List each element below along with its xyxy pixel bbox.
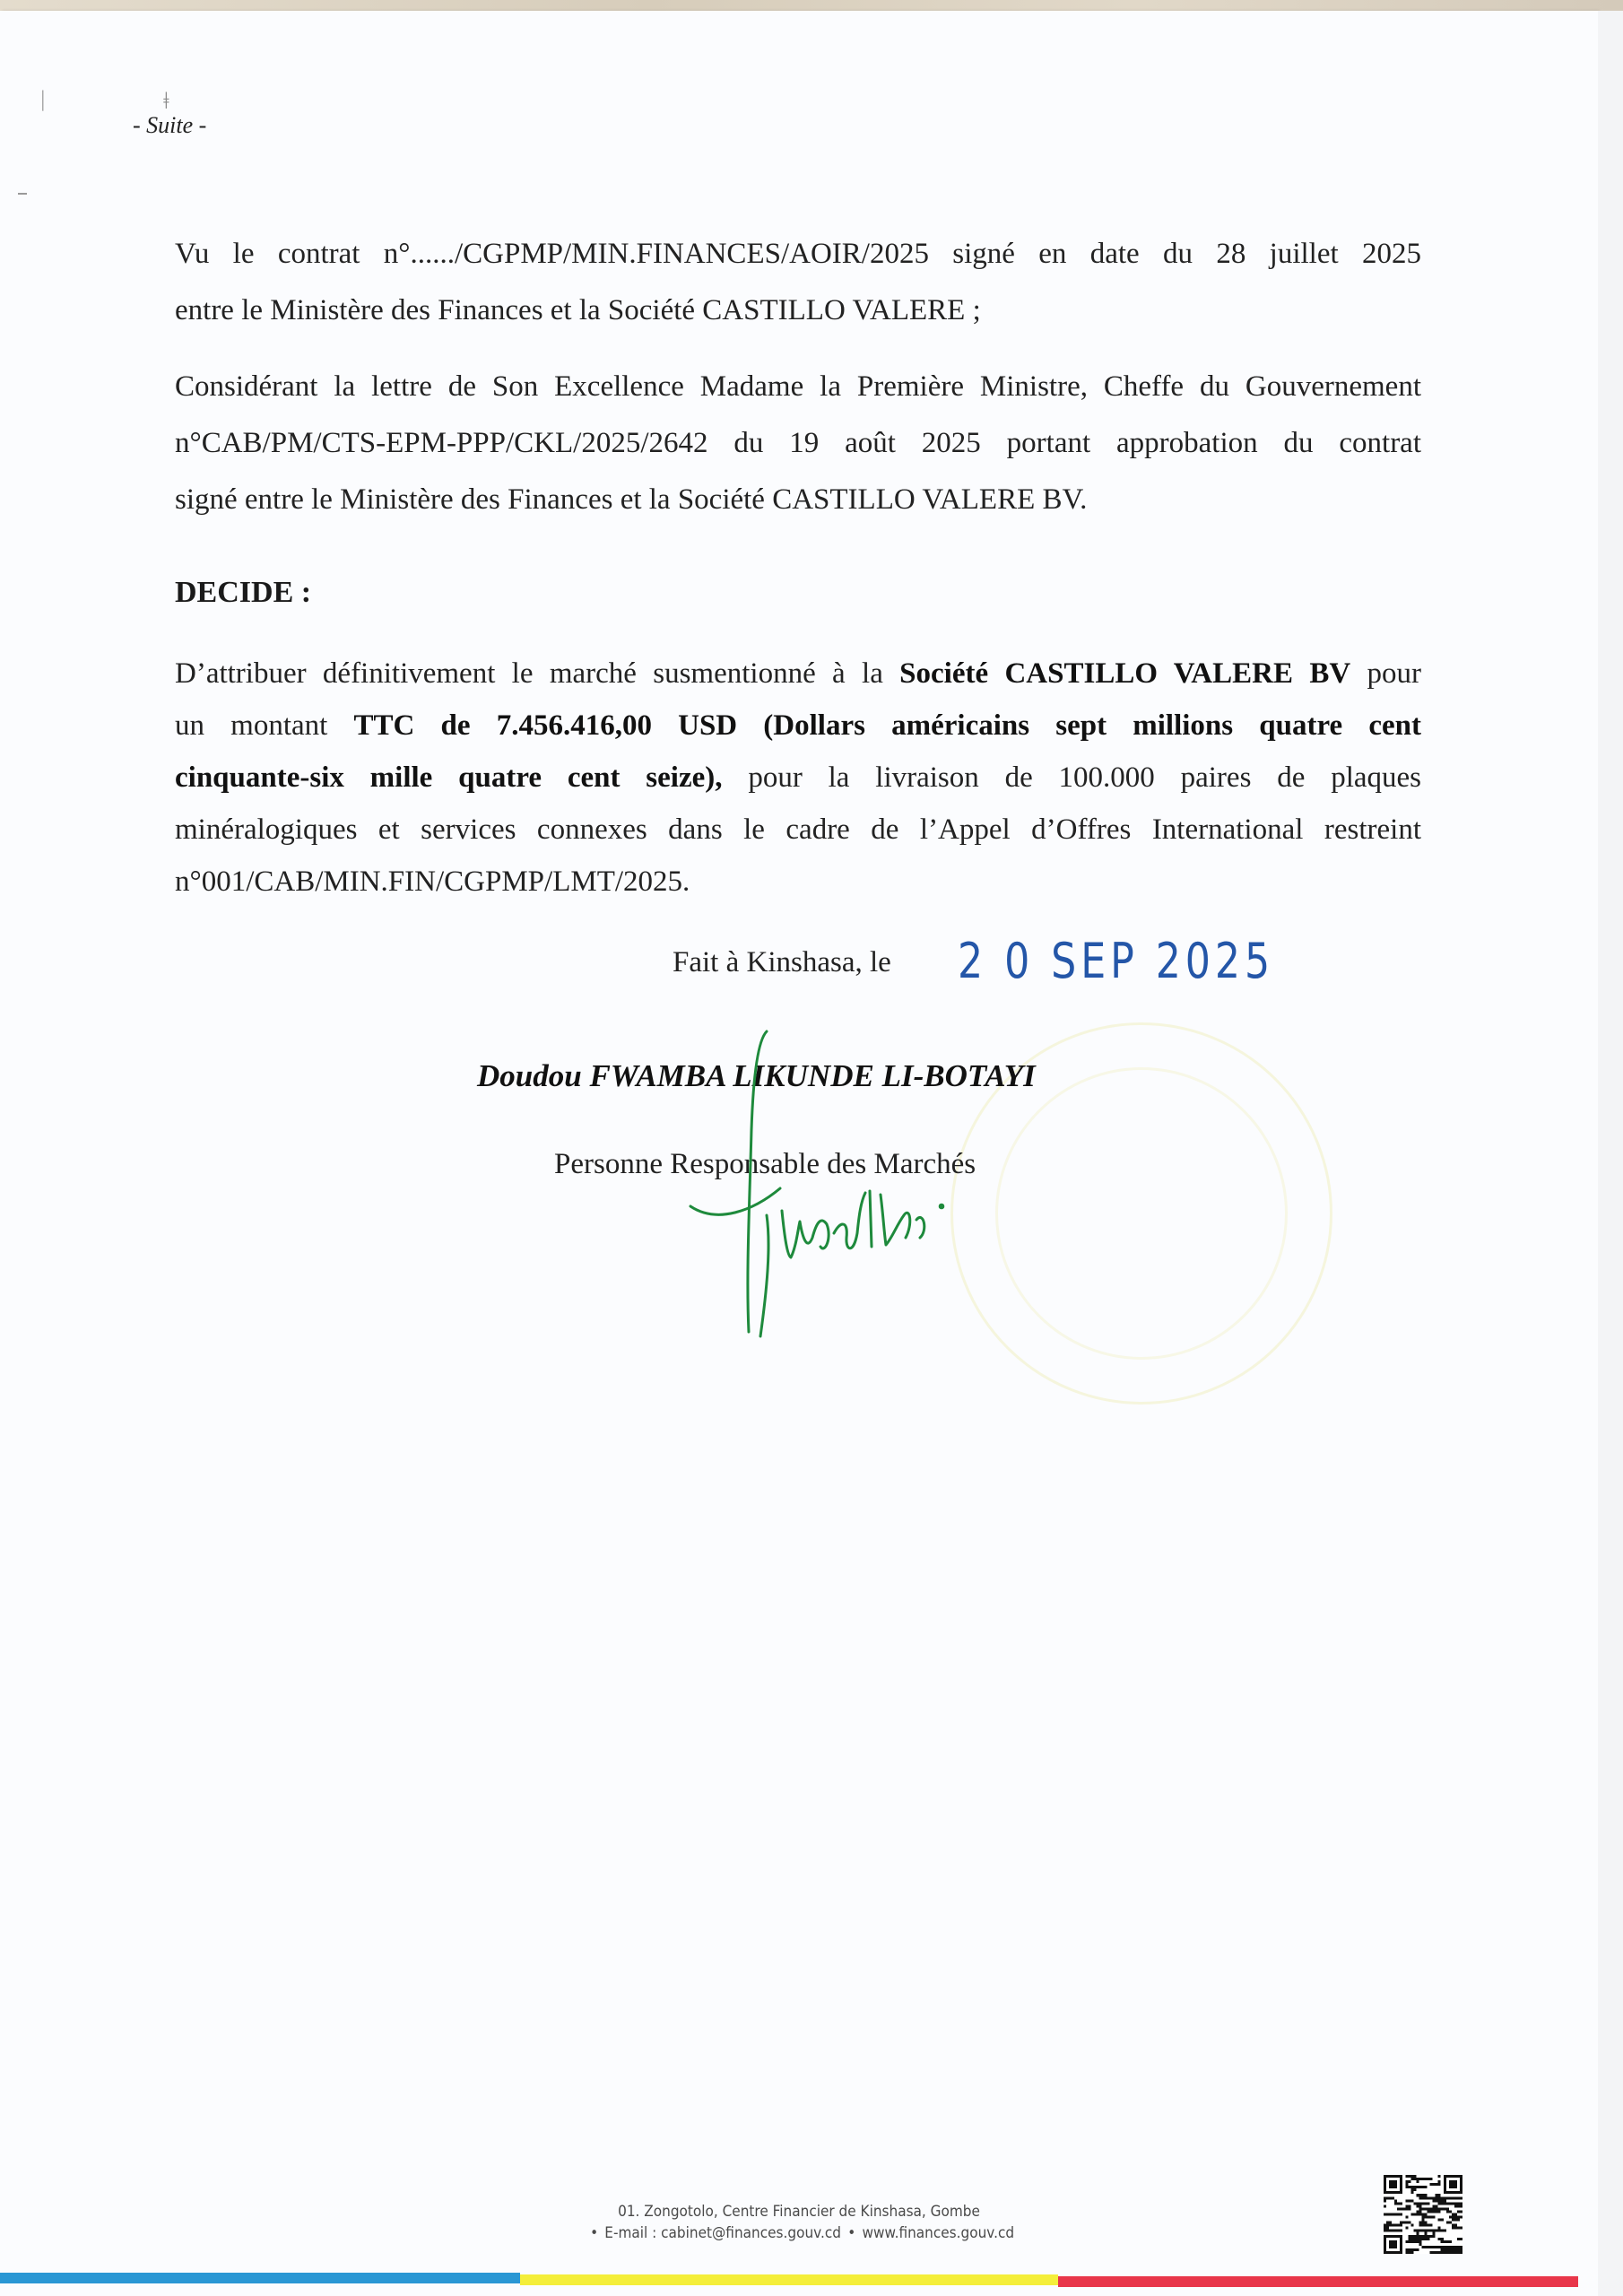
- paragraph-line: minéralogiques et services connexes dans…: [175, 804, 1421, 856]
- decision-heading: DECIDE :: [175, 576, 311, 610]
- paragraph-line: entre le Ministère des Finances et la So…: [175, 283, 1421, 339]
- bullet: •: [590, 2224, 598, 2242]
- date-stamp: 2 0 SEP 2025: [958, 933, 1274, 989]
- paragraph-line: signé entre le Ministère des Finances et…: [175, 472, 1421, 528]
- paragraph-line: un montant TTC de 7.456.416,00 USD (Doll…: [175, 700, 1421, 752]
- qr-code-icon: [1384, 2175, 1462, 2254]
- paragraph-line: cinquante-six mille quatre cent seize), …: [175, 752, 1421, 804]
- decision-paragraph: D’attribuer définitivement le marché sus…: [175, 648, 1421, 908]
- margin-mark: [18, 193, 27, 195]
- award-amount-words: cinquante-six mille quatre cent seize),: [175, 761, 723, 794]
- footer-contact: •E-mail : cabinet@finances.gouv.cd•www.f…: [80, 2224, 1518, 2242]
- awardee-name: Société CASTILLO VALERE BV: [899, 657, 1350, 690]
- paragraph-line: Vu le contrat n°....../CGPMP/MIN.FINANCE…: [175, 226, 1421, 283]
- footer-address: 01. Zongotolo, Centre Financier de Kinsh…: [80, 2203, 1518, 2221]
- paragraph-line: Considérant la lettre de Son Excellence …: [175, 359, 1421, 415]
- flag-stripe-yellow: [520, 2274, 1058, 2285]
- paragraph-line: n°001/CAB/MIN.FIN/CGPMP/LMT/2025.: [175, 856, 1421, 908]
- handwritten-signature: [681, 1022, 986, 1345]
- bullet: •: [847, 2224, 855, 2242]
- award-amount: TTC de 7.456.416,00 USD (Dollars américa…: [354, 709, 1422, 742]
- paragraph-line: n°CAB/PM/CTS-EPM-PPP/CKL/2025/2642 du 19…: [175, 415, 1421, 472]
- footer-website[interactable]: www.finances.gouv.cd: [862, 2224, 1014, 2242]
- contract-reference-paragraph: Vu le contrat n°....../CGPMP/MIN.FINANCE…: [175, 226, 1421, 339]
- paragraph-line: D’attribuer définitivement le marché sus…: [175, 648, 1421, 700]
- footer-email[interactable]: E-mail : cabinet@finances.gouv.cd: [604, 2224, 841, 2242]
- flag-stripe-red: [1058, 2276, 1578, 2287]
- flag-stripe-blue: [0, 2273, 520, 2283]
- page-right-margin: [1598, 11, 1623, 2296]
- text-run: pour: [1350, 657, 1421, 690]
- handwritten-marks: ᛁ ǂ: [36, 88, 223, 115]
- approval-letter-paragraph: Considérant la lettre de Son Excellence …: [175, 359, 1421, 528]
- text-run: un montant: [175, 709, 354, 742]
- place-label: Fait à Kinshasa, le: [673, 946, 891, 979]
- text-run: pour la livraison de 100.000 paires de p…: [723, 761, 1421, 794]
- continuation-label: - Suite -: [133, 112, 206, 139]
- text-run: D’attribuer définitivement le marché sus…: [175, 657, 899, 690]
